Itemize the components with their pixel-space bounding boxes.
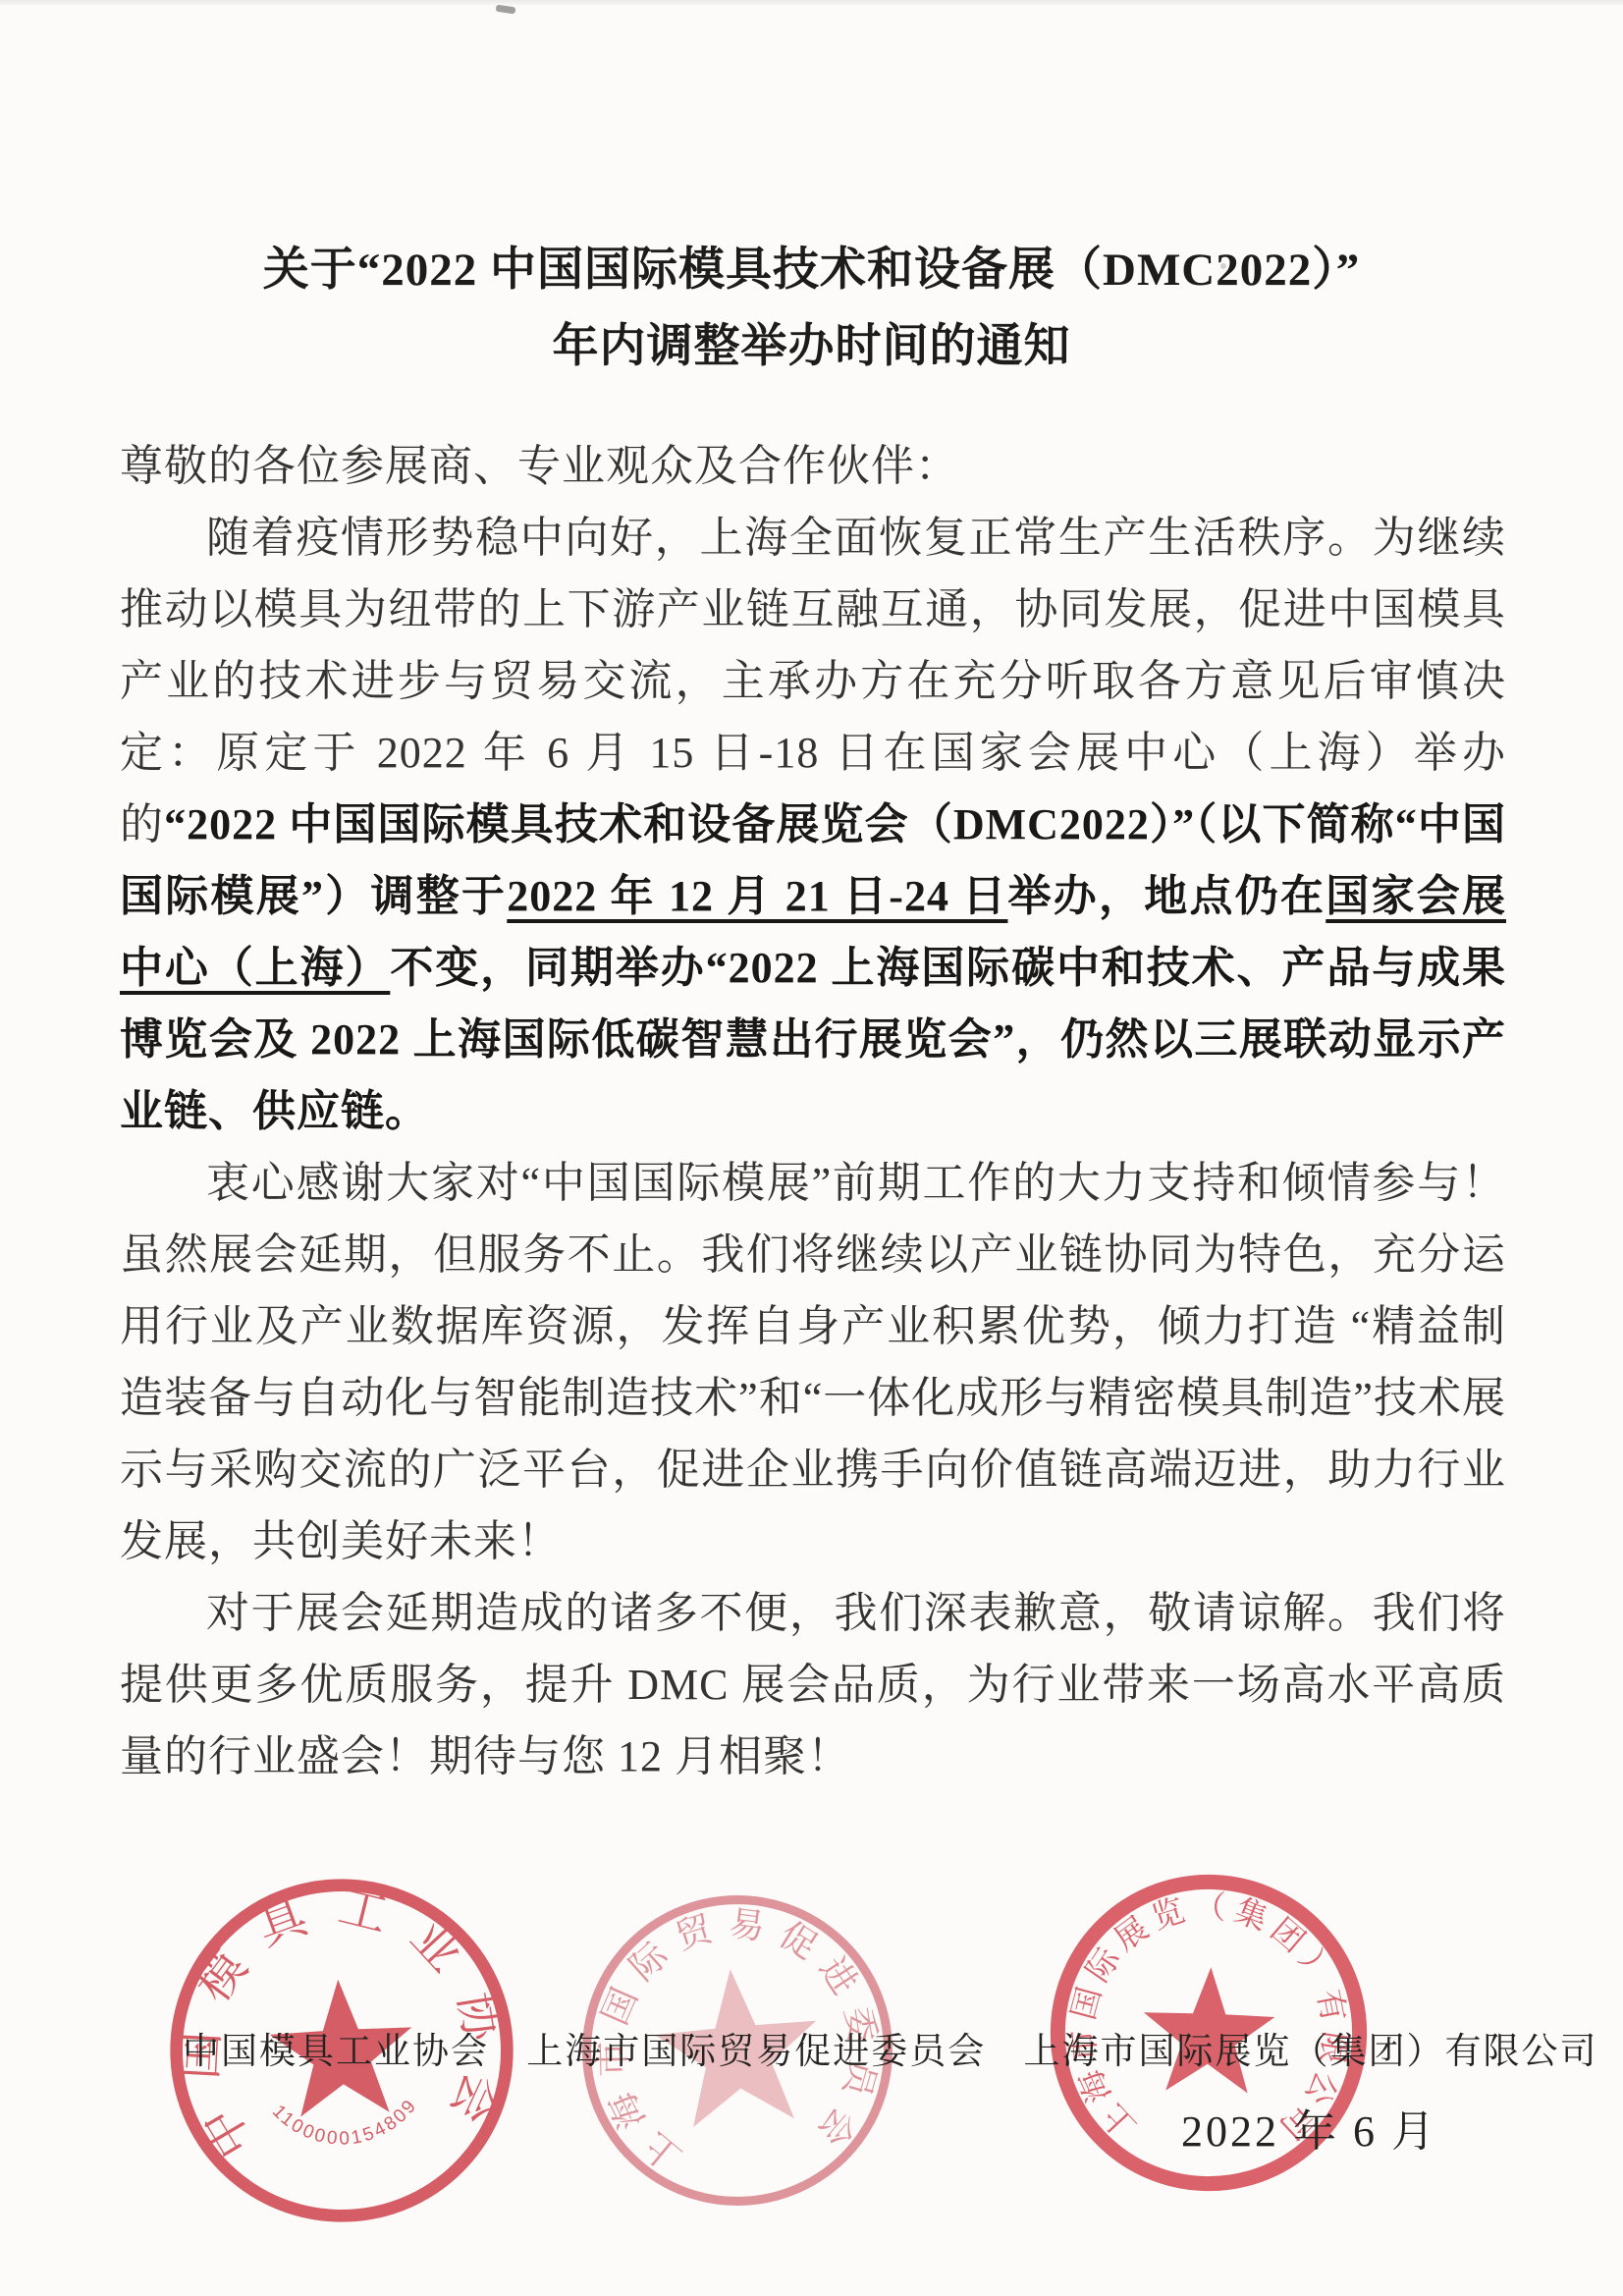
svg-text:1100000154809: 1100000154809: [267, 2094, 423, 2153]
paragraph-3: 对于展会延期造成的诸多不便，我们深表歉意，敬请谅解。我们将提供更多优质服务，提升…: [120, 1577, 1506, 1792]
signatory-shanghai-trade-promotion-council: 上海市国际贸易促进委员会: [526, 2032, 986, 2072]
paragraph-2: 衷心感谢大家对“中国国际模展”前期工作的大力支持和倾情参与！虽然展会延期，但服务…: [120, 1147, 1506, 1577]
signature-row: 中国模具工业协会 上海市国际贸易促进委员会 上海市国际展览（集团）有限公司: [183, 2021, 1598, 2074]
paragraph-1-underlined-new-dates: 2022 年 12 月 21 日-24 日: [507, 872, 1007, 920]
document-title-line2: 年内调整举办时间的通知: [59, 308, 1564, 385]
scan-edge-shade: [0, 0, 1623, 6]
document-title-line1: 关于“2022 中国国际模具技术和设备展（DMC2022）”: [59, 232, 1564, 308]
paragraph-1: 随着疫情形势稳中向好，上海全面恢复正常生产生活秩序。为继续推动以模具为纽带的上下…: [120, 502, 1506, 1147]
document-body: 尊敬的各位参展商、专业观众及合作伙伴： 随着疫情形势稳中向好，上海全面恢复正常生…: [120, 430, 1506, 1792]
document-title: 关于“2022 中国国际模具技术和设备展（DMC2022）” 年内调整举办时间的…: [59, 232, 1564, 385]
paragraph-1-bold-held: 举办，地点仍在: [1007, 872, 1325, 920]
document-date: 2022 年 6 月: [1181, 2096, 1437, 2159]
salutation: 尊敬的各位参展商、专业观众及合作伙伴：: [120, 430, 1506, 502]
signatory-shanghai-intl-exhibition-group: 上海市国际展览（集团）有限公司: [1024, 2032, 1598, 2072]
seal-serial-number: 1100000154809: [267, 2094, 423, 2153]
notice-document-page: 关于“2022 中国国际模具技术和设备展（DMC2022）” 年内调整举办时间的…: [0, 0, 1623, 2296]
paragraph-1-lead: 随着疫情形势稳中向好，上海全面恢复正常生产生活秩序。为继续推动以模具为纽带的上下…: [120, 514, 1506, 848]
signatory-china-die-mould-association: 中国模具工业协会: [183, 2032, 489, 2072]
scan-speck: [496, 5, 516, 15]
